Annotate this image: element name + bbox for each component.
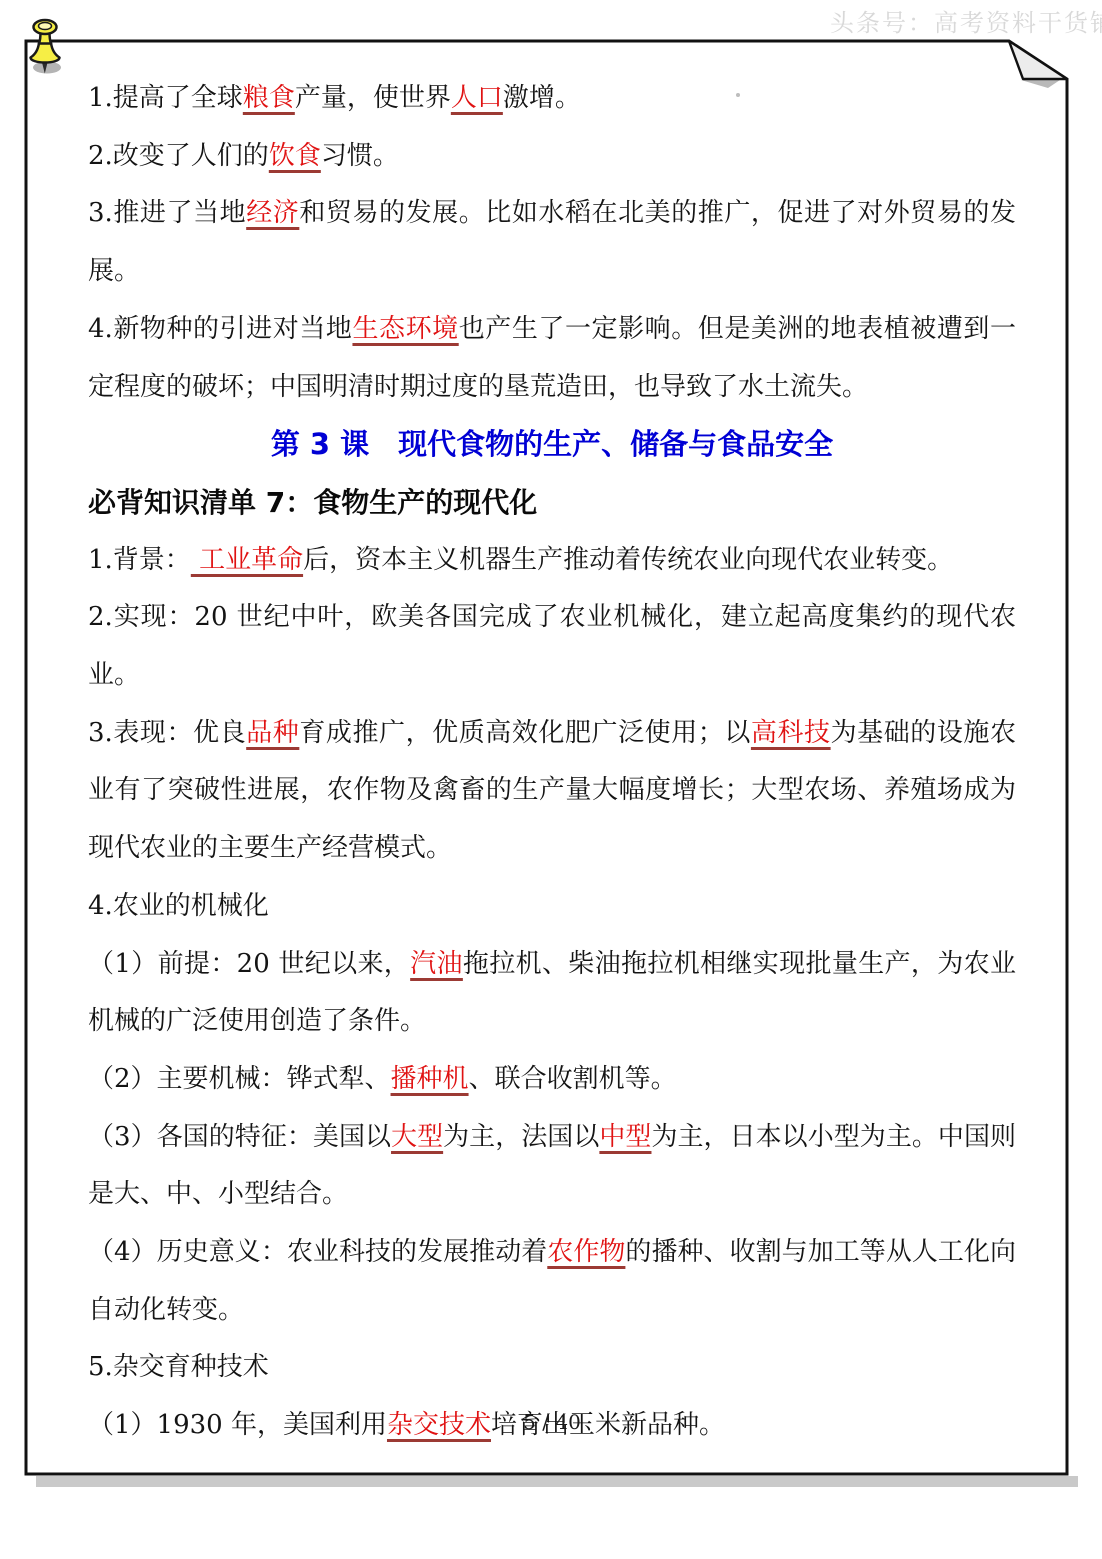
text-segment: 1.背景： [88, 545, 191, 575]
text-segment: （3）各国的特征：美国以 [88, 1122, 391, 1152]
text-segment: 育成推广，优质高效化肥广泛使用；以 [299, 718, 751, 748]
paragraph: （2）主要机械：铧式犁、播种机、联合收割机等。 [88, 1051, 1016, 1109]
highlighted-term: 高科技 [751, 718, 831, 748]
paragraph: 2.改变了人们的饮食习惯。 [88, 128, 1016, 186]
paragraph: （3）各国的特征：美国以大型为主，法国以中型为主，日本以小型为主。中国则是大、中… [88, 1109, 1016, 1224]
text-segment: （2）主要机械：铧式犁、 [88, 1064, 391, 1094]
text-segment: 产量，使世界 [295, 83, 451, 113]
text-segment: 第 3 课 现代食物的生产、储备与食品安全 [271, 427, 833, 461]
text-segment: 5.杂交育种技术 [88, 1352, 269, 1382]
highlighted-term: 中型 [599, 1122, 651, 1152]
highlighted-term: 人口 [451, 83, 503, 113]
paragraph: 4.新物种的引进对当地生态环境也产生了一定影响。但是美洲的地表植被遭到一定程度的… [88, 301, 1016, 416]
highlighted-term: 大型 [391, 1122, 443, 1152]
text-segment: 3.推进了当地 [88, 198, 246, 228]
highlighted-term: 农作物 [547, 1237, 625, 1267]
highlighted-term: 经济 [246, 198, 299, 228]
highlighted-term: 饮食 [269, 141, 321, 171]
text-segment: 为主，法国以 [443, 1122, 599, 1152]
paragraph: （4）历史意义：农业科技的发展推动着农作物的播种、收割与加工等从人工化向自动化转… [88, 1224, 1016, 1339]
text-segment: （1）前提：20 世纪以来， [88, 949, 410, 979]
text-segment: 2.实现：20 世纪中叶，欧美各国完成了农业机械化，建立起高度集约的现代农业。 [88, 602, 1016, 690]
highlighted-term: 播种机 [391, 1064, 469, 1094]
highlighted-term: 粮食 [243, 83, 295, 113]
highlighted-term: 生态环境 [352, 314, 458, 344]
paragraph: 4.农业的机械化 [88, 878, 1016, 936]
heading-blue: 第 3 课 现代食物的生产、储备与食品安全 [88, 416, 1016, 474]
document-page: 头条号：高考资料干货铺 1.提高了全球粮食产量，使世界人口激增。2.改变了人们的… [0, 0, 1102, 1559]
text-segment: 4.农业的机械化 [88, 891, 269, 921]
paragraph: 1.背景： 工业革命后，资本主义机器生产推动着传统农业向现代农业转变。 [88, 532, 1016, 590]
text-segment: 习惯。 [321, 141, 399, 171]
highlighted-term: 品种 [246, 718, 299, 748]
text-segment: 激增。 [503, 83, 581, 113]
highlighted-term: 工业革命 [191, 545, 303, 575]
text-segment: 、联合收割机等。 [469, 1064, 677, 1094]
text-segment: 后，资本主义机器生产推动着传统农业向现代农业转变。 [303, 545, 953, 575]
highlighted-term: 汽油 [410, 949, 463, 979]
text-segment: 1.提高了全球 [88, 83, 243, 113]
page-bottom-shadow [36, 1476, 1078, 1487]
text-segment: 4.新物种的引进对当地 [88, 314, 352, 344]
paragraph: 5.杂交育种技术 [88, 1339, 1016, 1397]
page-content: 1.提高了全球粮食产量，使世界人口激增。2.改变了人们的饮食习惯。3.推进了当地… [88, 70, 1016, 1455]
text-segment: （4）历史意义：农业科技的发展推动着 [88, 1237, 547, 1267]
text-segment: 2.改变了人们的 [88, 141, 269, 171]
paragraph: 1.提高了全球粮食产量，使世界人口激增。 [88, 70, 1016, 128]
paragraph: 3.推进了当地经济和贸易的发展。比如水稻在北美的推广，促进了对外贸易的发展。 [88, 185, 1016, 300]
paragraph: （1）前提：20 世纪以来，汽油拖拉机、柴油拖拉机相继实现批量生产，为农业机械的… [88, 936, 1016, 1051]
paragraph: 3.表现：优良品种育成推广，优质高效化肥广泛使用；以高科技为基础的设施农业有了突… [88, 705, 1016, 878]
heading-bold: 必背知识清单 7：食物生产的现代化 [88, 474, 1016, 532]
page-number: 5 / 40 [88, 1410, 1016, 1434]
watermark: 头条号：高考资料干货铺 [830, 3, 1102, 38]
text-segment: 3.表现：优良 [88, 718, 246, 748]
text-segment: 必背知识清单 7：食物生产的现代化 [88, 486, 537, 519]
paragraph: 2.实现：20 世纪中叶，欧美各国完成了农业机械化，建立起高度集约的现代农业。 [88, 589, 1016, 704]
